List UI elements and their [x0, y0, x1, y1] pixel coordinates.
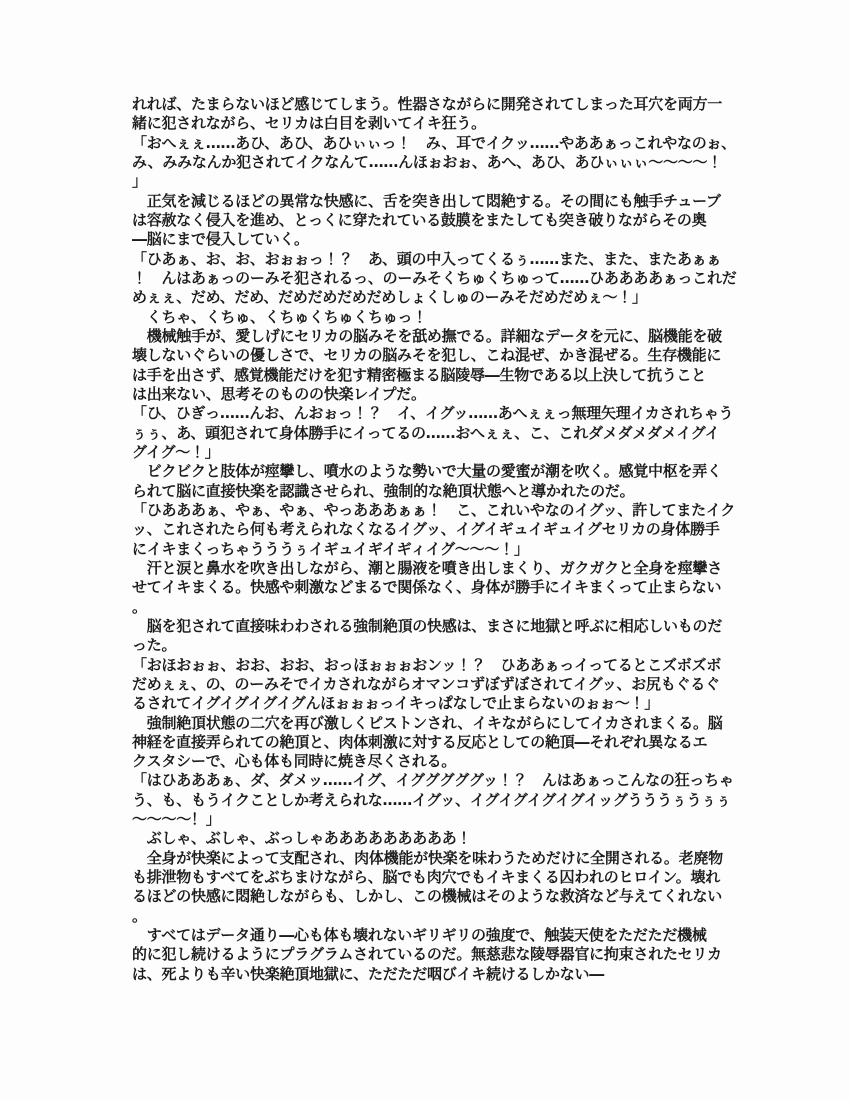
- text-line: 「ひ、ひぎっ……んお、んおぉっ！？ イ、イグッ……あへぇぇっ無理矢理イカされちゃ…: [132, 404, 772, 423]
- text-line: ！ んはあぁっのーみそ犯されるっ、のーみそくちゅくちゅって……ひああああぁっこれ…: [132, 269, 772, 288]
- text-line: は、死よりも辛い快楽絶頂地獄に、ただただ咽びイキ続けるしかない―: [132, 965, 772, 984]
- text-line: ぅぅ、あ、頭犯されて身体勝手にイってるの……おへぇぇ、こ、これダメダメダメイグイ: [132, 424, 772, 443]
- text-line: ぶしゃ、ぶしゃ、ぶっしゃあああああああああ！: [132, 829, 772, 848]
- text-line: クスタシーで、心も体も同時に焼き尽くされる。: [132, 752, 772, 771]
- text-line: せてイキまくる。快感や刺激などまるで関係なく、身体が勝手にイキまくって止まらない: [132, 578, 772, 597]
- text-line: すべてはデータ通り―心も体も壊れないギリギリの強度で、触装天使をただただ機械: [132, 926, 772, 945]
- text-line: 脳を犯されて直接味わわされる強制絶頂の快感は、まさに地獄と呼ぶに相応しいものだ: [132, 617, 772, 636]
- text-line: めぇぇ、だめ、だめ、だめだめだめだめしょくしゅのーみそだめだめぇ～！」: [132, 288, 772, 307]
- text-line: 「ひあぁ、お、お、おぉぉっ！？ あ、頭の中入ってくるぅ……また、また、またあぁぁ: [132, 250, 772, 269]
- text-line: は容赦なく侵入を進め、とっくに穿たれている鼓膜をまたしても突き破りながらその奥: [132, 211, 772, 230]
- text-line: 的に犯し続けるようにプラグラムされているのだ。無慈悲な陵辱器官に拘束されたセリカ: [132, 945, 772, 964]
- text-line: くちゃ、くちゅ、くちゅくちゅくちゅっ！: [132, 308, 772, 327]
- text-line: った。: [132, 636, 772, 655]
- text-line: ～～～～！」: [132, 810, 772, 829]
- text-line: 。: [132, 907, 772, 926]
- text-line: も排泄物もすべてをぶちまけながら、脳でも肉穴でもイキまくる囚われのヒロイン。壊れ: [132, 868, 772, 887]
- text-line: られて脳に直接快楽を認識させられ、強制的な絶頂状態へと導かれたのだ。: [132, 482, 772, 501]
- text-line: グイグ～！」: [132, 443, 772, 462]
- text-line: 」: [132, 172, 772, 191]
- text-line: 全身が快楽によって支配され、肉体機能が快楽を味わうためだけに全開される。老廃物: [132, 849, 772, 868]
- text-line: 正気を減じるほどの異常な快感に、舌を突き出して悶絶する。その間にも触手チューブ: [132, 192, 772, 211]
- text-line: 強制絶頂状態の二穴を再び激しくピストンされ、イキながらにしてイカされまくる。脳: [132, 714, 772, 733]
- body-text-block: れれば、たまらないほど感じてしまう。性器さながらに開発されてしまった耳穴を両方一…: [132, 95, 772, 984]
- text-line: 「ひあああぁ、やぁ、やぁ、やっあああぁぁ！ こ、これいやなのイグッ、許してまたイ…: [132, 501, 772, 520]
- text-line: れれば、たまらないほど感じてしまう。性器さながらに開発されてしまった耳穴を両方一: [132, 95, 772, 114]
- text-line: う、も、もうイクことしか考えられな……イグッ、イグイグイグイグイッグうううぅうぅ…: [132, 791, 772, 810]
- text-line: るされてイグイグイグイグんほぉぉぉっイキっぱなしで止まらないのぉぉ～！」: [132, 694, 772, 713]
- text-line: 。: [132, 598, 772, 617]
- scanned-page: れれば、たまらないほど感じてしまう。性器さながらに開発されてしまった耳穴を両方一…: [0, 0, 850, 1100]
- text-line: 「おへぇぇ……あひ、あひ、あひぃぃっ！ み、耳でイクッ……やああぁっこれやなのぉ…: [132, 134, 772, 153]
- text-line: るほどの快感に悶絶しながらも、しかし、この機械はそのような救済など与えてくれない: [132, 887, 772, 906]
- text-line: み、みみなんか犯されてイクなんて……んほぉおぉ、あへ、あひ、あひぃぃぃ～～～～！: [132, 153, 772, 172]
- text-line: 機械触手が、愛しげにセリカの脳みそを舐め撫でる。詳細なデータを元に、脳機能を破: [132, 327, 772, 346]
- text-line: ッ、これされたら何も考えられなくなるイグッ、イグイギュイギュイグセリカの身体勝手: [132, 520, 772, 539]
- text-line: にイキまくっちゃうううぅイギュイギイギィイグ～～～！」: [132, 540, 772, 559]
- text-line: 「はひあああぁ、ダ、ダメッ……イグ、イグググググッ！？ んはあぁっこんなの狂っち…: [132, 771, 772, 790]
- text-line: だめぇぇ、の、のーみそでイカされながらオマンコずぼずぼされてイグッ、お尻もぐるぐ: [132, 675, 772, 694]
- text-line: 壊しないぐらいの優しさで、セリカの脳みそを犯し、こね混ぜ、かき混ぜる。生存機能に: [132, 346, 772, 365]
- text-line: ―脳にまで侵入していく。: [132, 230, 772, 249]
- text-line: 汗と涙と鼻水を吹き出しながら、潮と腸液を噴き出しまくり、ガクガクと全身を痙攣さ: [132, 559, 772, 578]
- text-line: 緒に犯されながら、セリカは白目を剥いてイキ狂う。: [132, 114, 772, 133]
- text-line: は出来ない、思考そのものの快楽レイプだ。: [132, 385, 772, 404]
- text-line: 神経を直接弄られての絶頂と、肉体刺激に対する反応としての絶頂―それぞれ異なるエ: [132, 733, 772, 752]
- text-line: 「おほおぉぉ、おお、おお、おっほぉぉぉおンッ！？ ひああぁっイってるとこズボズボ: [132, 656, 772, 675]
- text-line: ビクビクと肢体が痙攣し、噴水のような勢いで大量の愛蜜が潮を吹く。感覚中枢を弄く: [132, 462, 772, 481]
- text-line: は手を出さず、感覚機能だけを犯す精密極まる脳陵辱―生物である以上決して抗うこと: [132, 366, 772, 385]
